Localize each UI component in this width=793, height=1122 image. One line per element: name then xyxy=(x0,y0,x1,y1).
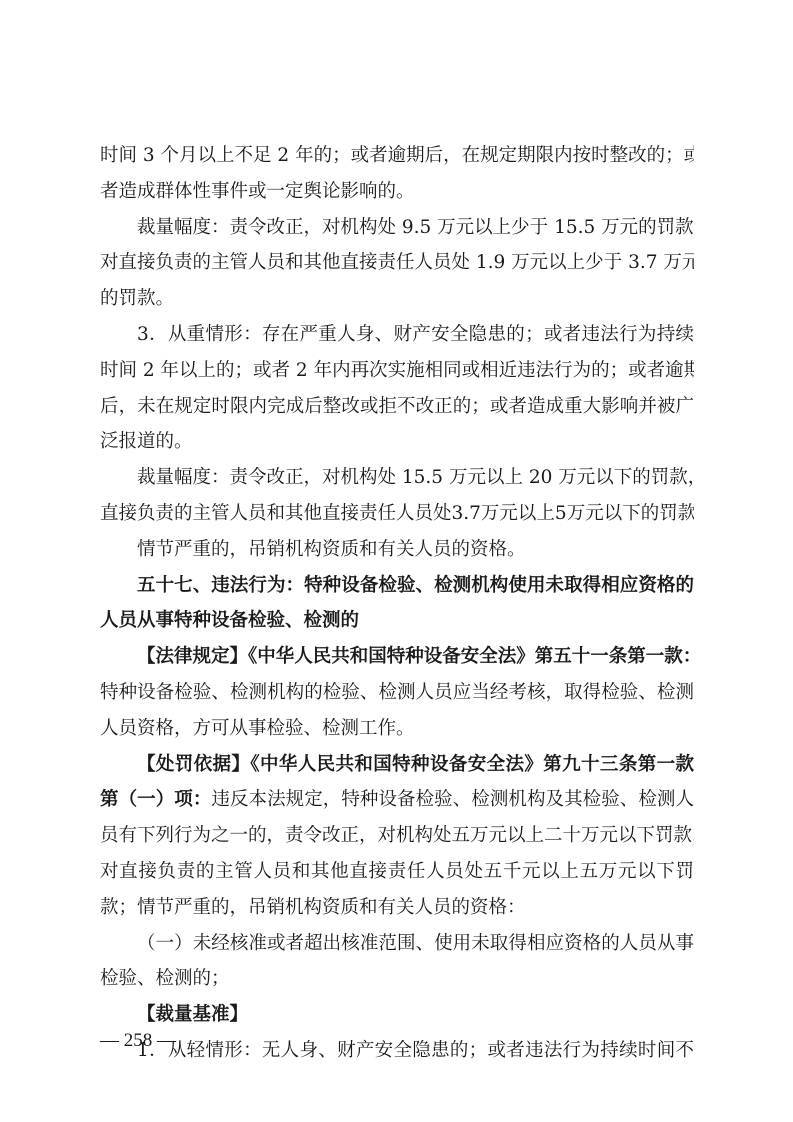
legal-provision-heading: 【法律规定】《中华人民共和国特种设备安全法》第五十一条第一款： xyxy=(100,639,694,675)
document-page: 时间 3 个月以上不足 2 年的；或者逾期后，在规定期限内按时整改的；或 者造成… xyxy=(100,138,694,1069)
text-line: 时间 3 个月以上不足 2 年的；或者逾期后，在规定期限内按时整改的；或 xyxy=(100,138,694,174)
text-line: 人员资格，方可从事检验、检测工作。 xyxy=(100,711,694,747)
text-line: 后，未在规定时限内完成后整改或拒不改正的；或者造成重大影响并被广 xyxy=(100,389,694,425)
text-line: 直接负责的主管人员和其他直接责任人员处3.7万元以上5万元以下的罚款。 xyxy=(100,496,694,532)
text-line: 情节严重的，吊销机构资质和有关人员的资格。 xyxy=(100,532,694,568)
text-line: 检验、检测的； xyxy=(100,961,694,997)
text-line: 3．从重情形：存在严重人身、财产安全隐患的；或者违法行为持续 xyxy=(100,317,694,353)
section-heading: 五十七、违法行为：特种设备检验、检测机构使用未取得相应资格的 xyxy=(100,568,694,604)
section-heading: 人员从事特种设备检验、检测的 xyxy=(100,603,694,639)
text-line: 1．从轻情形：无人身、财产安全隐患的；或者违法行为持续时间不 xyxy=(100,1033,694,1069)
text-line: 员有下列行为之一的，责令改正，对机构处五万元以上二十万元以下罚款， xyxy=(100,818,694,854)
discretion-standard-heading: 【裁量基准】 xyxy=(100,997,694,1033)
text-line: 者造成群体性事件或一定舆论影响的。 xyxy=(100,174,694,210)
text-line: （一）未经核准或者超出核准范围、使用未取得相应资格的人员从事 xyxy=(100,926,694,962)
text-line: 对直接负责的主管人员和其他直接责任人员处 1.9 万元以上少于 3.7 万元 xyxy=(100,245,694,281)
text-line: 对直接负责的主管人员和其他直接责任人员处五千元以上五万元以下罚 xyxy=(100,854,694,890)
text-line: 裁量幅度：责令改正，对机构处 15.5 万元以上 20 万元以下的罚款，对 xyxy=(100,460,694,496)
text-line: 泛报道的。 xyxy=(100,424,694,460)
text-line: 第（一）项：违反本法规定，特种设备检验、检测机构及其检验、检测人 xyxy=(100,782,694,818)
text-line: 的罚款。 xyxy=(100,281,694,317)
text-line: 特种设备检验、检测机构的检验、检测人员应当经考核，取得检验、检测 xyxy=(100,675,694,711)
page-number: — 258 — xyxy=(100,1030,176,1052)
text-line: 裁量幅度：责令改正，对机构处 9.5 万元以上少于 15.5 万元的罚款， xyxy=(100,210,694,246)
text-line: 时间 2 年以上的；或者 2 年内再次实施相同或相近违法行为的；或者逾期 xyxy=(100,353,694,389)
penalty-basis-heading: 【处罚依据】《中华人民共和国特种设备安全法》第九十三条第一款 xyxy=(100,747,694,783)
text-line: 款；情节严重的，吊销机构资质和有关人员的资格： xyxy=(100,890,694,926)
